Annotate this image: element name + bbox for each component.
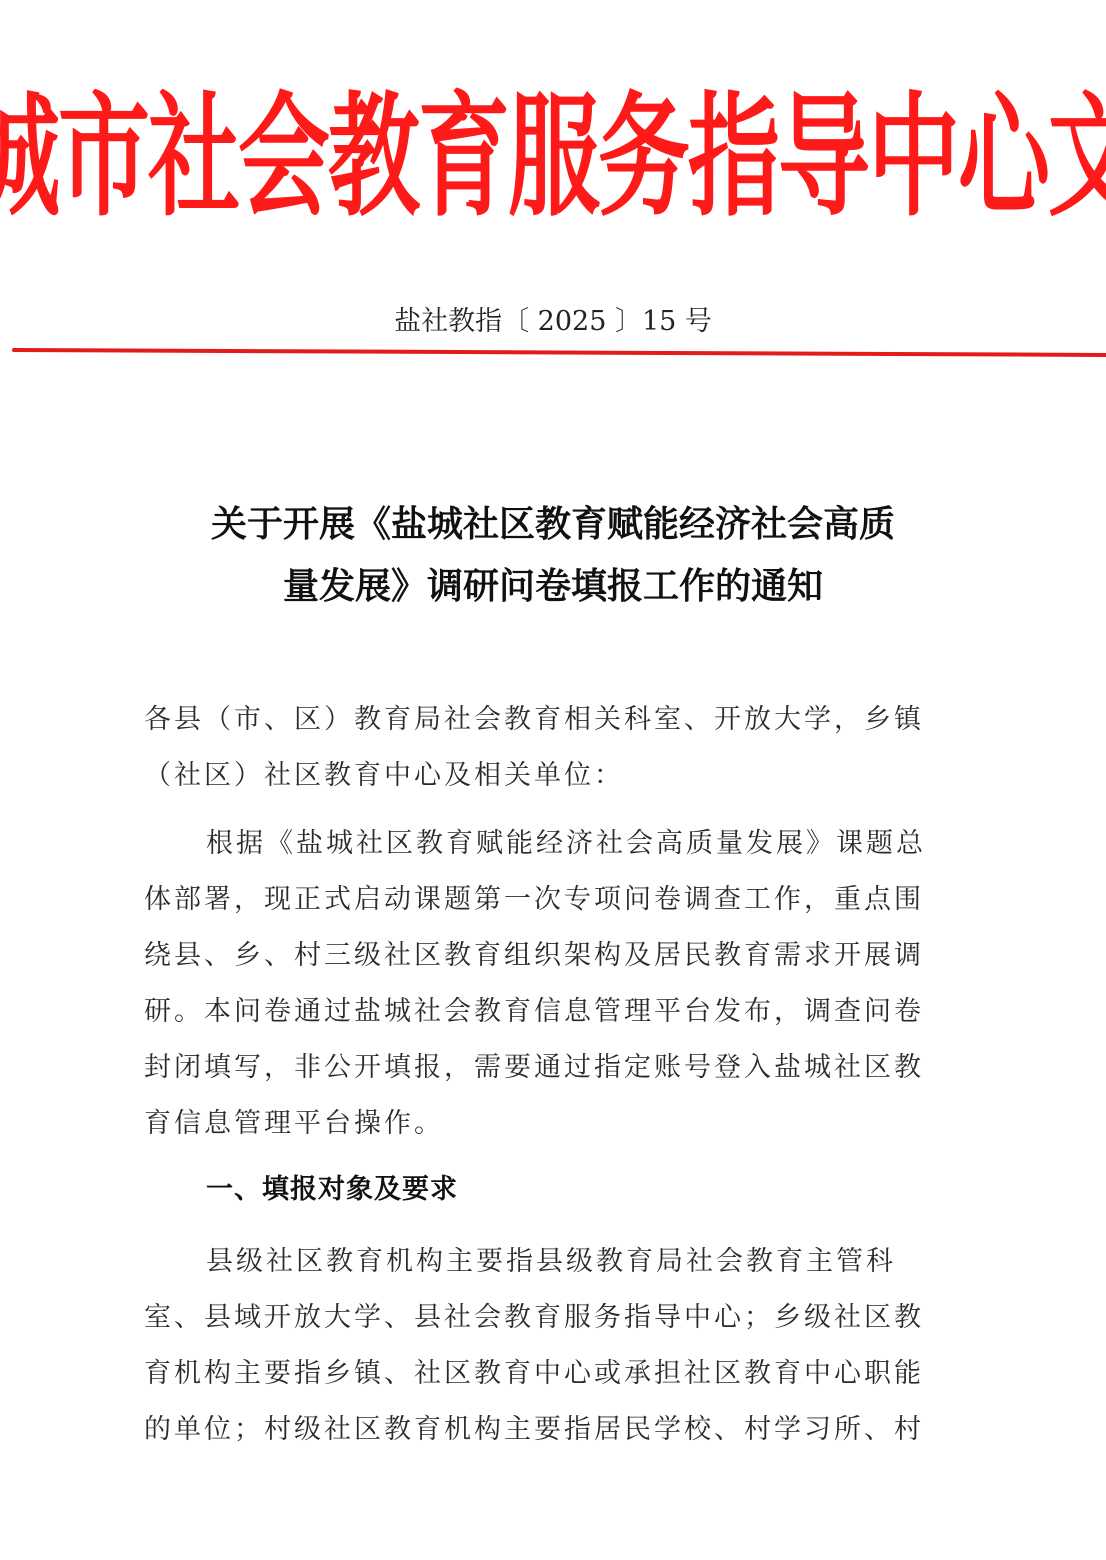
section-1-line-2: 室、县域开放大学、县社会教育服务指导中心；乡级社区教	[144, 1290, 960, 1346]
document-title: 关于开展《盐城社区教育赋能经济社会高质 量发展》调研问卷填报工作的通知	[130, 494, 976, 618]
intro-paragraph: 根据《盐城社区教育赋能经济社会高质量发展》课题总 体部署，现正式启动课题第一次专…	[144, 816, 960, 1152]
section-1-line-1: 县级社区教育机构主要指县级教育局社会教育主管科	[144, 1234, 960, 1290]
intro-line-3: 绕县、乡、村三级社区教育组织架构及居民教育需求开展调	[144, 928, 960, 984]
addressee-line-1: 各县（市、区）教育局社会教育相关科室、开放大学，乡镇	[144, 692, 960, 748]
title-line-2: 量发展》调研问卷填报工作的通知	[130, 556, 976, 618]
issuer-masthead: 盐城市社会教育服务指导中心文件	[0, 78, 1106, 238]
section-1: 一、填报对象及要求	[144, 1162, 960, 1218]
section-1-heading: 一、填报对象及要求	[144, 1162, 960, 1218]
addressee-line-2: （社区）社区教育中心及相关单位：	[144, 748, 960, 804]
intro-line-5: 封闭填写，非公开填报，需要通过指定账号登入盐城社区教	[144, 1040, 960, 1096]
document-number-text: 盐社教指〔 2025 〕15 号	[394, 302, 712, 342]
section-1-line-4: 的单位；村级社区教育机构主要指居民学校、村学习所、村	[144, 1402, 960, 1458]
intro-line-1: 根据《盐城社区教育赋能经济社会高质量发展》课题总	[144, 816, 960, 872]
intro-line-2: 体部署，现正式启动课题第一次专项问卷调查工作，重点围	[144, 872, 960, 928]
red-header-rule	[12, 348, 1106, 357]
title-line-1: 关于开展《盐城社区教育赋能经济社会高质	[130, 494, 976, 556]
intro-line-6: 育信息管理平台操作。	[144, 1096, 960, 1152]
document-number: 盐社教指〔 2025 〕15 号	[0, 302, 1106, 342]
section-1-line-3: 育机构主要指乡镇、社区教育中心或承担社区教育中心职能	[144, 1346, 960, 1402]
section-1-paragraph: 县级社区教育机构主要指县级教育局社会教育主管科 室、县域开放大学、县社会教育服务…	[144, 1234, 960, 1458]
addressee: 各县（市、区）教育局社会教育相关科室、开放大学，乡镇 （社区）社区教育中心及相关…	[144, 692, 960, 804]
intro-line-4: 研。本问卷通过盐城社会教育信息管理平台发布，调查问卷	[144, 984, 960, 1040]
issuer-masthead-text: 盐城市社会教育服务指导中心文件	[0, 91, 1106, 224]
